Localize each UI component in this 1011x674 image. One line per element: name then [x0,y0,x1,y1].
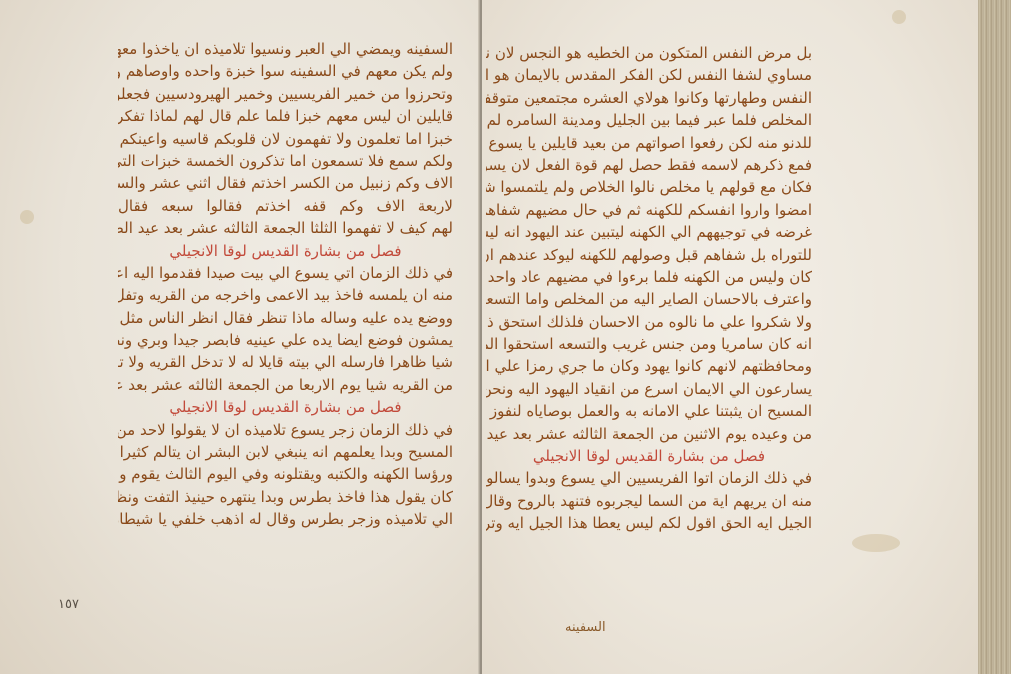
text-line: ووضع يده عليه وساله ماذا تنظر فقال انظر … [118,307,453,329]
rubric-heading: فصل من بشارة القديس لوقا الانجيلي [118,240,453,262]
text-line: ولا شكروا علي ما نالوه من الاحسان فلذلك … [486,311,812,333]
text-line: الاف وكم زنبيل من الكسر اخذتم فقال اثني … [118,172,453,194]
text-line: في ذلك الزمان اتي يسوع الي بيت صيدا فقدم… [118,262,453,284]
text-line: من القريه شيا يوم الاربعا من الجمعة الثا… [118,374,453,396]
text-line: مساوي لشفا النفس لكن الفكر المقدس بالايم… [486,64,812,86]
text-line: المسيح وبدا يعلمهم انه ينبغي لابن البشر … [118,441,453,463]
right-page: بل مرض النفس المتكون من الخطيه هو النجس … [482,0,982,674]
text-line: منه ان يلمسه فاخذ بيد الاعمى واخرجه من ا… [118,284,453,306]
text-line: المخلص فلما عبر فيما بين الجليل ومدينة ا… [486,109,812,131]
text-line: من وعيده يوم الاثنين من الجمعة الثالثه ع… [486,423,812,445]
water-stain [852,534,900,552]
page-fore-edge [978,0,1011,674]
text-line: قايلين ان ليس معهم خبزا فلما علم قال لهم… [118,105,453,127]
manuscript-spread: السفينه ويمضي الي العبر ونسيوا تلاميذه ا… [0,0,1011,674]
text-line: الي تلاميذه وزجر بطرس وقال له اذهب خلفي … [118,508,453,530]
text-line: انه كان سامريا ومن جنس غريب والتسعه استح… [486,333,812,355]
text-line: ولكم سمع فلا تسمعون اما تذكرون الخمسة خب… [118,150,453,172]
text-line: ولم يكن معهم في السفينه سوا خبزة واحده و… [118,60,453,82]
text-line: شيا ظاهرا فارسله الي بيته قايلا له لا تد… [118,351,453,373]
text-line: فمع ذكرهم لاسمه فقط حصل لهم قوة الفعل لا… [486,154,812,176]
text-line: في ذلك الزمان زجر يسوع تلاميذه ان لا يقو… [118,419,453,441]
right-page-text-block: بل مرض النفس المتكون من الخطيه هو النجس … [486,42,812,535]
text-line: الجيل ايه الحق اقول لكم ليس يعطا هذا الج… [486,512,812,534]
text-line: امضوا واروا انفسكم للكهنه ثم في حال مضيه… [486,199,812,221]
text-line: ومحافظتهم لانهم كانوا يهود وكان ما جري ر… [486,355,812,377]
left-page-text-block: السفينه ويمضي الي العبر ونسيوا تلاميذه ا… [118,38,453,531]
rubric-heading: فصل من بشارة القديس لوقا الانجيلي [118,396,453,418]
ink-stain [20,210,34,224]
text-line: للدنو منه لكن رفعوا اصواتهم من بعيد قايل… [486,132,812,154]
text-line: لهم كيف لا تفهموا الثلثا الجمعة الثالثه … [118,217,453,239]
text-line: لاربعة الاف وكم قفه اخذتم فقالوا سبعه فق… [118,195,453,217]
text-line: في ذلك الزمان اتوا الفريسيين الي يسوع وب… [486,467,812,489]
text-line: كان يقول هذا فاخذ بطرس وبدا ينتهره حينيذ… [118,486,453,508]
left-page: السفينه ويمضي الي العبر ونسيوا تلاميذه ا… [0,0,482,674]
text-line: منه ان يريهم اية من السما ليجربوه فتنهد … [486,490,812,512]
text-line: يمشون فوضع ايضا يده علي عينيه فابصر جيدا… [118,329,453,351]
text-line: المسيح ان يثبتنا علي الامانه به والعمل ب… [486,400,812,422]
folio-number: ١٥٧ [58,597,79,612]
ink-stain [892,10,906,24]
text-line: بل مرض النفس المتكون من الخطيه هو النجس … [486,42,812,64]
text-line: للتوراه بل شفاهم قبل وصولهم للكهنه ليوكد… [486,244,812,266]
text-line: السفينه ويمضي الي العبر ونسيوا تلاميذه ا… [118,38,453,60]
text-line: كان وليس من الكهنه فلما برءوا في مضيهم ع… [486,266,812,288]
rubric-heading: فصل من بشارة القديس لوقا الانجيلي [486,445,812,467]
text-line: واعترف بالاحسان الصاير اليه من المخلص وا… [486,288,812,310]
text-line: النفس وطهارتها وكانوا هولاي العشره مجتمع… [486,87,812,109]
text-line: وتحرزوا من خمير الفريسيين وخمير الهيرودس… [118,83,453,105]
text-line: ورؤسا الكهنه والكتبه ويقتلونه وفي اليوم … [118,463,453,485]
text-line: يسارعون الي الايمان اسرع من انقياد اليهو… [486,378,812,400]
text-line: فكان مع قولهم يا مخلص نالوا الخلاص ولم ي… [486,176,812,198]
text-line: خبزا اما تعلمون ولا تفهمون لان قلوبكم قا… [118,128,453,150]
text-line: غرضه في توجيههم الي الكهنه ليتبين عند ال… [486,221,812,243]
catchword: السفينه [565,620,606,635]
